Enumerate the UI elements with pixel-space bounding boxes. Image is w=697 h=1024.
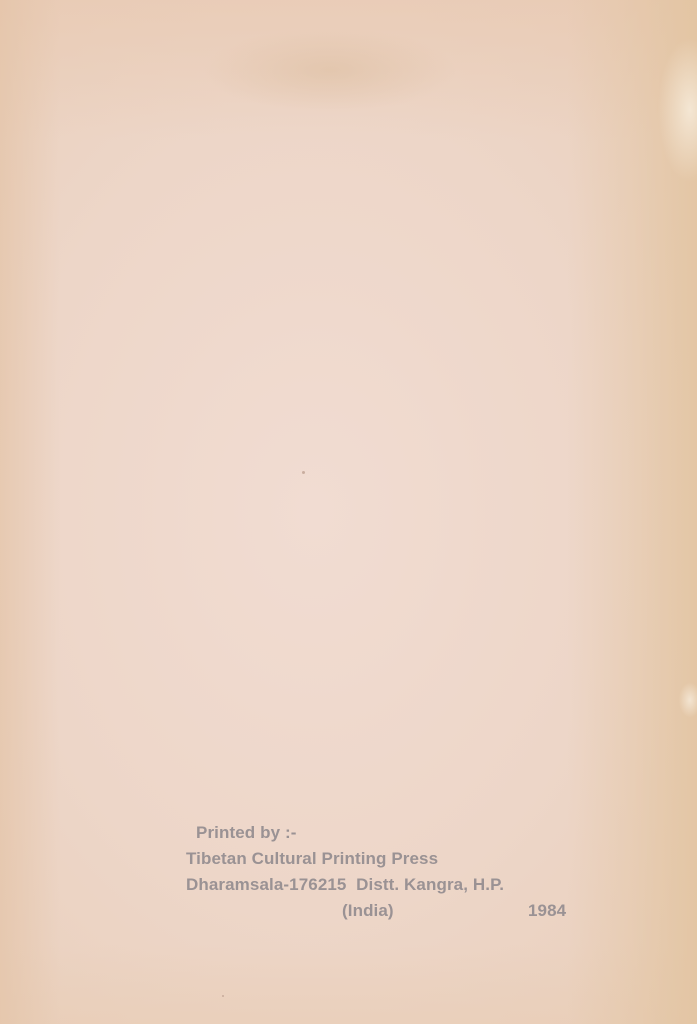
printer-imprint: Printed by :- Tibetan Cultural Printing … [186, 820, 586, 924]
printer-address: Dharamsala-176215 Distt. Kangra, H.P. [186, 872, 586, 898]
imprint-footer: (India) 1984 [186, 898, 586, 924]
document-page: Printed by :- Tibetan Cultural Printing … [0, 0, 697, 1024]
publication-year: 1984 [528, 898, 566, 924]
printer-country: (India) [342, 898, 394, 924]
printer-name: Tibetan Cultural Printing Press [186, 846, 586, 872]
paper-speck [222, 995, 224, 997]
imprint-label: Printed by :- [186, 820, 586, 846]
paper-speck [302, 471, 305, 474]
